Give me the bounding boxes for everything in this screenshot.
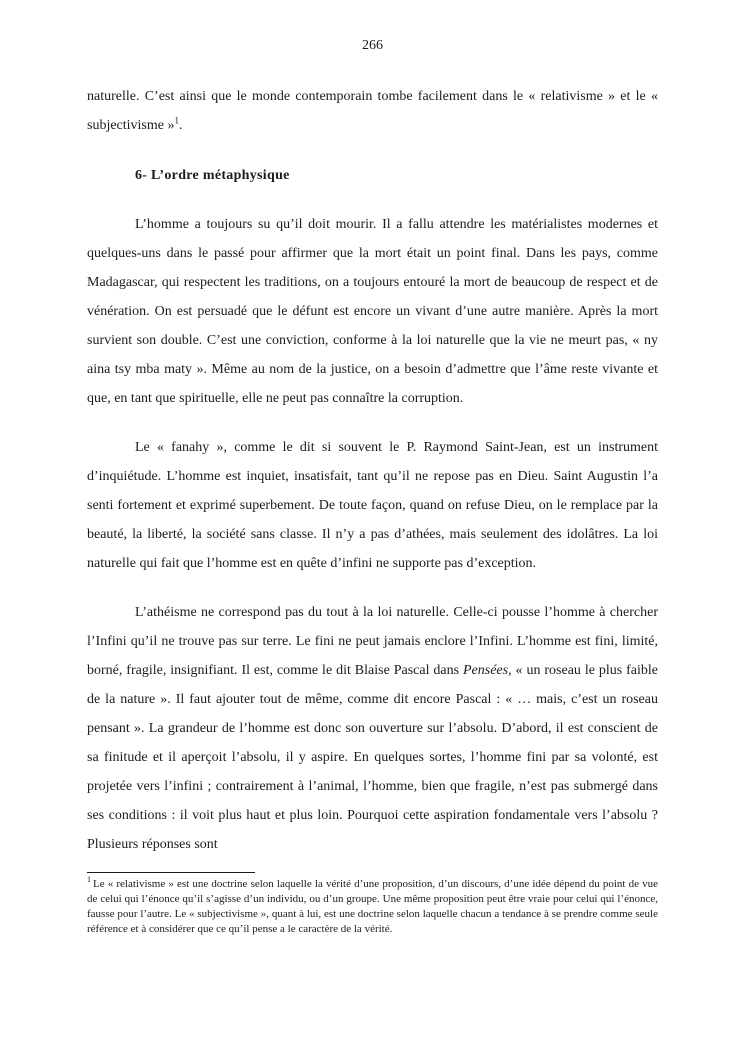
footnote-text: Le « relativisme » est une doctrine selo… bbox=[87, 878, 658, 935]
paragraph-continuation: naturelle. C’est ainsi que le monde cont… bbox=[87, 82, 658, 140]
paragraph-text: , « un roseau le plus faible de la natur… bbox=[87, 663, 658, 852]
footnote: 1Le « relativisme » est une doctrine sel… bbox=[87, 877, 658, 937]
paragraph-fanahy: Le « fanahy », comme le dit si souvent l… bbox=[87, 433, 658, 578]
footnote-section: 1Le « relativisme » est une doctrine sel… bbox=[87, 872, 658, 937]
paragraph-text: . bbox=[179, 118, 183, 133]
footnote-separator bbox=[87, 872, 255, 873]
book-title-pensees: Pensées bbox=[463, 663, 508, 678]
paragraph-atheisme: L’athéisme ne correspond pas du tout à l… bbox=[87, 598, 658, 859]
document-page: 266 naturelle. C’est ainsi que le monde … bbox=[0, 0, 745, 1053]
footnote-marker: 1 bbox=[87, 875, 91, 884]
paragraph-text: naturelle. C’est ainsi que le monde cont… bbox=[87, 89, 658, 133]
section-heading: 6- L’ordre métaphysique bbox=[135, 166, 658, 186]
page-number: 266 bbox=[87, 36, 658, 56]
paragraph-mort: L’homme a toujours su qu’il doit mourir.… bbox=[87, 210, 658, 413]
